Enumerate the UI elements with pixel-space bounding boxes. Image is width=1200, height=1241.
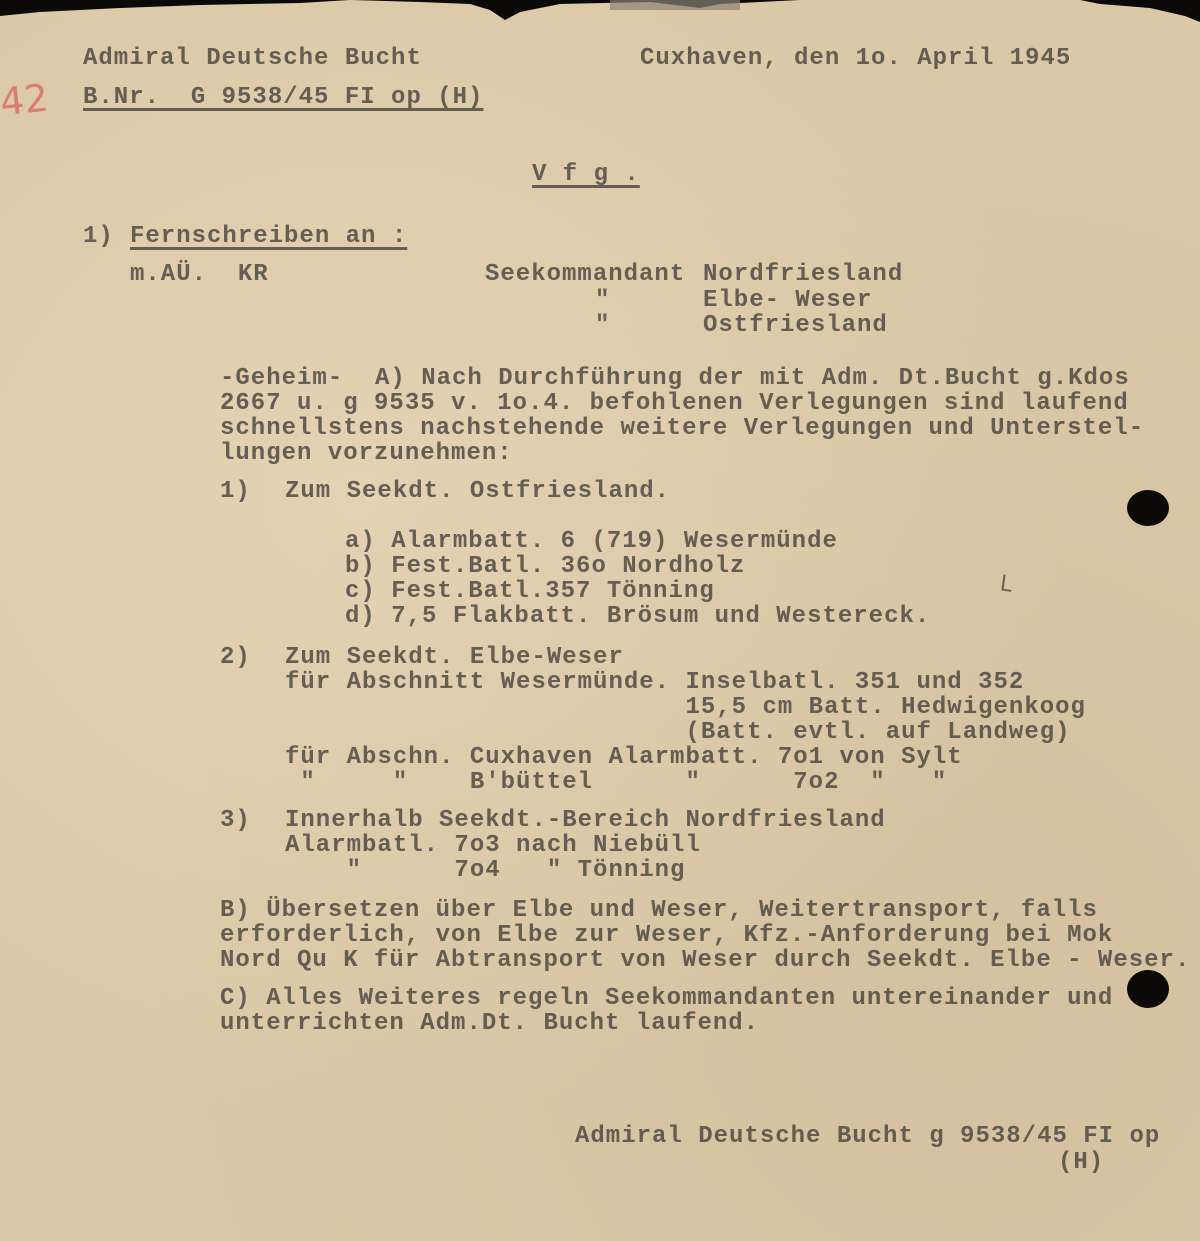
punch-hole-lower [1127,970,1169,1008]
item-3-label: 3) [220,808,251,833]
section-1-label: 1) [83,224,114,249]
pencil-check-mark: L [998,571,1014,597]
item-1-label: 1) [220,479,251,504]
item-1-subitem-c: c) Fest.Batl.357 Tönning [345,579,715,604]
routing-note: m.AÜ. KR [130,262,269,287]
torn-top-edge [0,0,1200,30]
item-2-line-3: 15,5 cm Batt. Hedwigenkoog [285,695,1086,720]
paragraph-c-line-1: C) Alles Weiteres regeln Seekommandanten… [220,986,1113,1011]
item-3-line-2: Alarmbatl. 7o3 nach Niebüll [285,833,701,858]
paragraph-b-line-1: B) Übersetzen über Elbe und Weser, Weite… [220,898,1098,923]
recipient-name-3: Ostfriesland [703,313,888,338]
item-1-title: Zum Seekdt. Ostfriesland. [285,479,670,504]
item-2-line-6: " " B'büttel " 7o2 " " [285,770,947,795]
paragraph-a-line-2: 2667 u. g 9535 v. 1o.4. befohlenen Verle… [220,391,1129,416]
section-1-heading: Fernschreiben an : [130,224,407,249]
item-2-line-4: (Batt. evtl. auf Landweg) [285,720,1071,745]
recipient-prefix-3: " [595,313,610,338]
recipient-name-2: Elbe- Weser [703,288,872,313]
paragraph-b-line-3: Nord Qu K für Abtransport von Weser durc… [220,948,1190,973]
signature-line-1: Admiral Deutsche Bucht g 9538/45 FI op [575,1124,1160,1149]
recipient-prefix-2: " [595,288,610,313]
item-3-line-3: " 7o4 " Tönning [285,858,685,883]
document-title: V f g . [532,162,640,187]
item-1-subitem-a: a) Alarmbatt. 6 (719) Wesermünde [345,529,838,554]
paragraph-a-line-4: lungen vorzunehmen: [220,441,513,466]
item-2-line-1: Zum Seekdt. Elbe-Weser [285,645,624,670]
document-page: 42 Admiral Deutsche Bucht B.Nr. G 9538/4… [0,0,1200,1241]
paragraph-a-line-3: schnellstens nachstehende weitere Verleg… [220,416,1144,441]
item-1-subitem-b: b) Fest.Batl. 36o Nordholz [345,554,745,579]
item-2-label: 2) [220,645,251,670]
paragraph-c-line-2: unterrichten Adm.Dt. Bucht laufend. [220,1011,759,1036]
item-1-subitem-d: d) 7,5 Flakbatt. Brösum und Westereck. [345,604,930,629]
item-3-line-1: Innerhalb Seekdt.-Bereich Nordfriesland [285,808,886,833]
signature-line-2: (H) [1058,1150,1104,1175]
item-2-line-2: für Abschnitt Wesermünde. Inselbatl. 351… [285,670,1024,695]
margin-note-red-pencil: 42 [0,76,51,125]
place-date: Cuxhaven, den 1o. April 1945 [640,46,1071,71]
recipient-prefix-1: Seekommandant [485,262,685,287]
sender-name: Admiral Deutsche Bucht [83,46,422,71]
reference-number: B.Nr. G 9538/45 FI op (H) [83,85,483,110]
classification-label: -Geheim- [220,366,343,391]
paragraph-b-line-2: erforderlich, von Elbe zur Weser, Kfz.-A… [220,923,1113,948]
item-2-line-5: für Abschn. Cuxhaven Alarmbatt. 7o1 von … [285,745,963,770]
paragraph-a-line-1: A) Nach Durchführung der mit Adm. Dt.Buc… [375,366,1130,391]
recipient-name-1: Nordfriesland [703,262,903,287]
punch-hole-upper [1127,490,1169,526]
